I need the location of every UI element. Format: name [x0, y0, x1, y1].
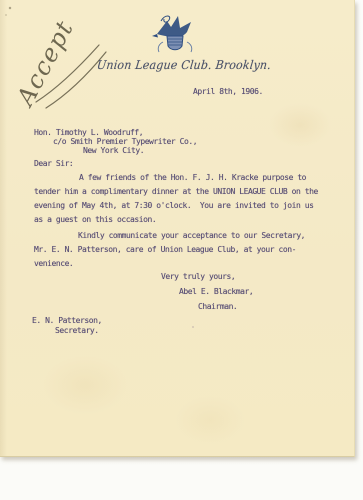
recipient-care-of: c/o Smith Premier Typewriter Co., [53, 137, 197, 146]
signer-title: Chairman. [198, 302, 237, 311]
signer-name: Abel E. Blackmar, [179, 287, 253, 296]
body-line: venience. [34, 259, 73, 268]
body-line: Mr. E. N. Patterson, care of Union Leagu… [34, 245, 296, 254]
letterhead-club-name: Union League Club. Brooklyn. [96, 58, 272, 72]
eagle-shield-crest-icon [150, 12, 198, 54]
body-line: as a guest on this occasion. [34, 215, 156, 224]
salutation: Dear Sir: [34, 159, 73, 168]
body-line: Kindly communicate your acceptance to ou… [78, 231, 305, 240]
recipient-name: Hon. Timothy L. Woodruff, [34, 128, 143, 137]
recipient-city: New York City. [83, 146, 144, 155]
body-line: A few friends of the Hon. F. J. H. Krack… [79, 173, 306, 182]
valediction: Very truly yours, [161, 272, 235, 281]
letter-paper: Accept Union League Club. Brooklyn. Apri… [0, 0, 355, 457]
reference-title: Secretary. [55, 326, 99, 335]
date-line: April 8th, 1906. [193, 87, 263, 96]
body-line: evening of May 4th, at 7:30 o'clock. You… [34, 201, 313, 210]
handwritten-accept-note: Accept [11, 15, 79, 110]
scanned-letter: Accept Union League Club. Brooklyn. Apri… [0, 0, 363, 500]
body-line: tender him a complimentary dinner at the… [34, 187, 318, 196]
reference-name: E. N. Patterson, [32, 316, 102, 325]
